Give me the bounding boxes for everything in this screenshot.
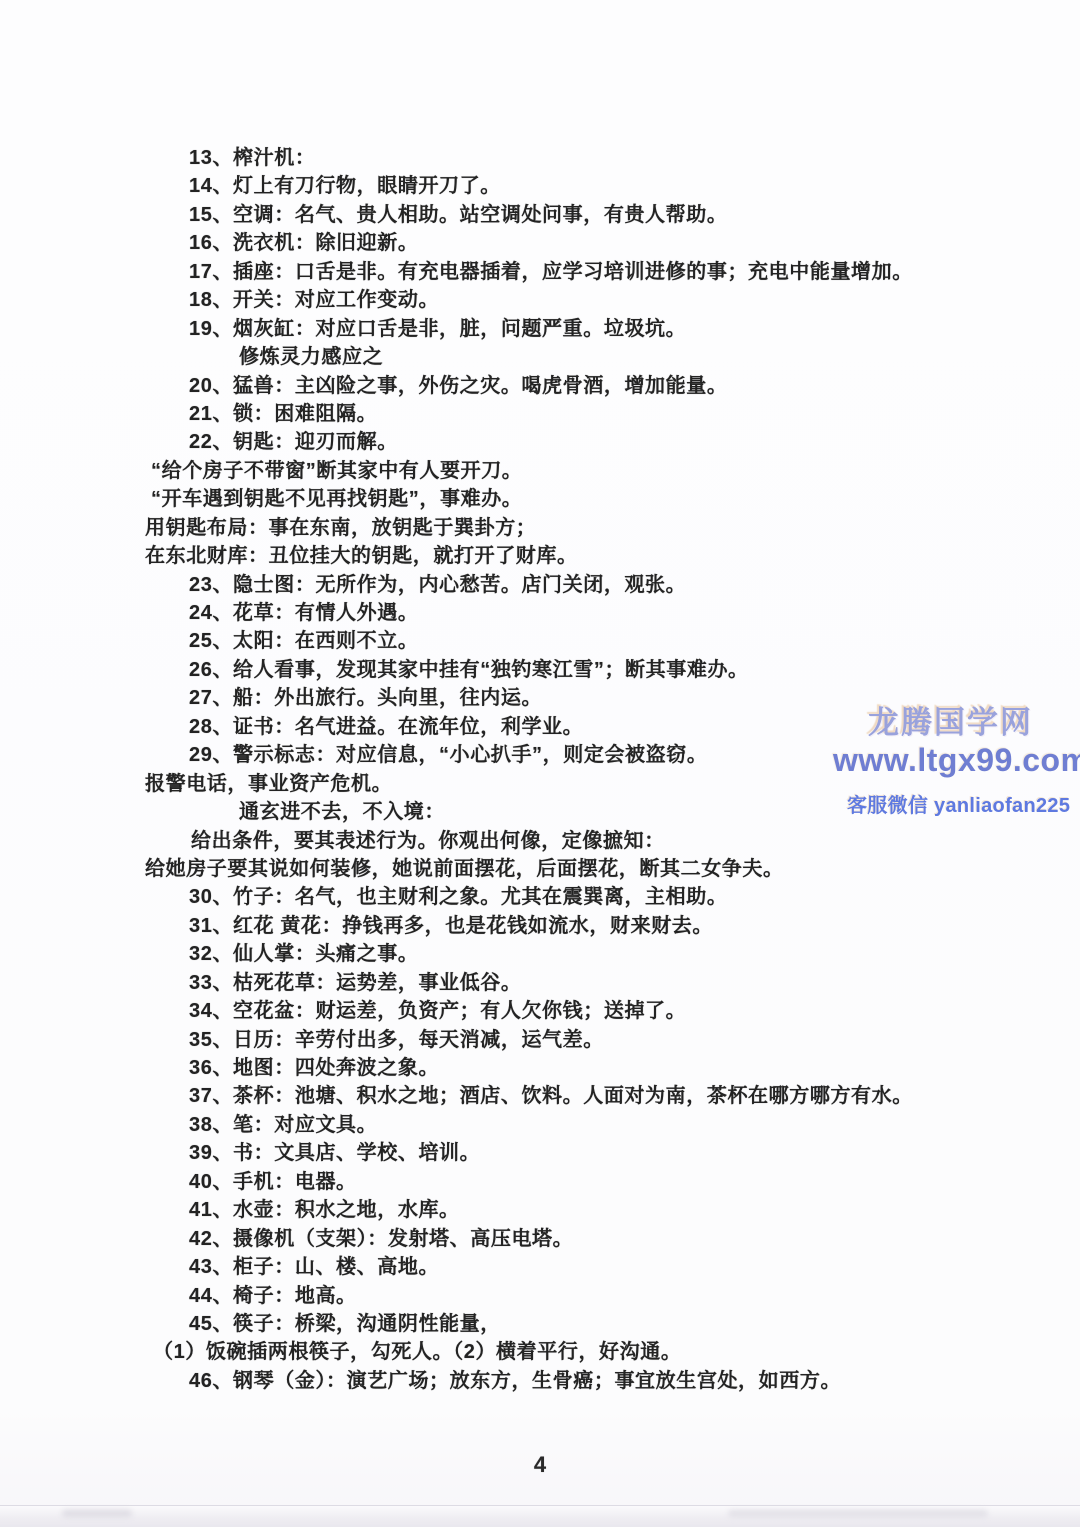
text-line: 23、隐士图：无所作为，内心愁苦。店门关闭，观张。 (145, 568, 975, 596)
text-line: 修炼灵力感应之 (145, 340, 975, 368)
text-line: 13、榨汁机： (145, 141, 975, 169)
text-line: 27、船：外出旅行。头向里，往内运。 (145, 681, 975, 709)
text-line: 21、锁：困难阻隔。 (145, 397, 975, 425)
text-line: 41、水壶：积水之地，水库。 (145, 1193, 975, 1221)
text-line: （1）饭碗插两根筷子，勾死人。（2）横着平行，好沟通。 (145, 1335, 975, 1363)
text-line: 30、竹子：名气，也主财利之象。尤其在震巽离，主相助。 (145, 880, 975, 908)
text-line: “开车遇到钥匙不见再找钥匙”，事难办。 (145, 482, 975, 510)
text-line: 33、枯死花草：运势差，事业低谷。 (145, 966, 975, 994)
text-line: 36、地图：四处奔波之象。 (145, 1051, 975, 1079)
text-line: 44、椅子：地高。 (145, 1279, 975, 1307)
text-line: 40、手机：电器。 (145, 1165, 975, 1193)
text-line: 31、红花 黄花：挣钱再多，也是花钱如流水，财来财去。 (145, 909, 975, 937)
watermark-url: www.ltgx99.com (833, 742, 1080, 779)
text-line: 14、灯上有刀行物，眼睛开刀了。 (145, 169, 975, 197)
text-line: 32、仙人掌：头痛之事。 (145, 937, 975, 965)
text-line: 19、烟灰缸：对应口舌是非，脏，问题严重。垃圾坑。 (145, 312, 975, 340)
text-line: 37、茶杯：池塘、积水之地；酒店、饮料。人面对为南，茶杯在哪方哪方有水。 (145, 1079, 975, 1107)
text-line: 34、空花盆：财运差，负资产；有人欠你钱；送掉了。 (145, 994, 975, 1022)
text-line: 28、证书：名气进益。在流年位，利学业。 (145, 710, 975, 738)
text-line: 在东北财库：丑位挂大的钥匙，就打开了财库。 (145, 539, 975, 567)
page-number: 4 (0, 1452, 1080, 1478)
text-line: 43、柜子：山、楼、高地。 (145, 1250, 975, 1278)
text-line: 38、笔：对应文具。 (145, 1108, 975, 1136)
text-line: 25、太阳：在西则不立。 (145, 624, 975, 652)
text-line: 26、给人看事，发现其家中挂有“独钓寒江雪”；断其事难办。 (145, 653, 975, 681)
text-line: 35、日历：辛劳付出多，每天消减，运气差。 (145, 1023, 975, 1051)
text-line: 46、钢琴（金）：演艺广场；放东方，生骨癌；事宜放生宫处，如西方。 (145, 1364, 975, 1392)
page-bottom-edge (0, 1505, 1080, 1527)
text-line: 给出条件，要其表述行为。你观出何像，定像摭知： (145, 824, 975, 852)
text-line: 15、空调：名气、贵人相助。站空调处问事，有贵人帮助。 (145, 198, 975, 226)
scan-smudge-right (728, 1510, 988, 1517)
text-line: 22、钥匙：迎刃而解。 (145, 425, 975, 453)
scan-smudge-left (62, 1510, 132, 1517)
text-line: 18、开关：对应工作变动。 (145, 283, 975, 311)
text-line: “给个房子不带窗”断其家中有人要开刀。 (145, 454, 975, 482)
text-line: 42、摄像机（支架）：发射塔、高压电塔。 (145, 1222, 975, 1250)
text-line: 给她房子要其说如何装修，她说前面摆花，后面摆花，断其二女争夫。 (145, 852, 975, 880)
watermark-contact: 客服微信 yanliaofan225 (847, 789, 1070, 818)
text-line: 39、书：文具店、学校、培训。 (145, 1136, 975, 1164)
text-line: 45、筷子：桥梁，沟通阴性能量， (145, 1307, 975, 1335)
scanned-document-page: 13、榨汁机：14、灯上有刀行物，眼睛开刀了。15、空调：名气、贵人相助。站空调… (0, 0, 1080, 1527)
text-line: 20、猛兽：主凶险之事，外伤之灾。喝虎骨酒，增加能量。 (145, 369, 975, 397)
text-line: 16、洗衣机：除旧迎新。 (145, 226, 975, 254)
text-line: 17、插座：口舌是非。有充电器插着，应学习培训进修的事；充电中能量增加。 (145, 255, 975, 283)
watermark-site-name: 龙腾国学网 (868, 697, 1033, 742)
text-line: 用钥匙布局：事在东南，放钥匙于巽卦方； (145, 511, 975, 539)
text-line: 24、花草：有情人外遇。 (145, 596, 975, 624)
